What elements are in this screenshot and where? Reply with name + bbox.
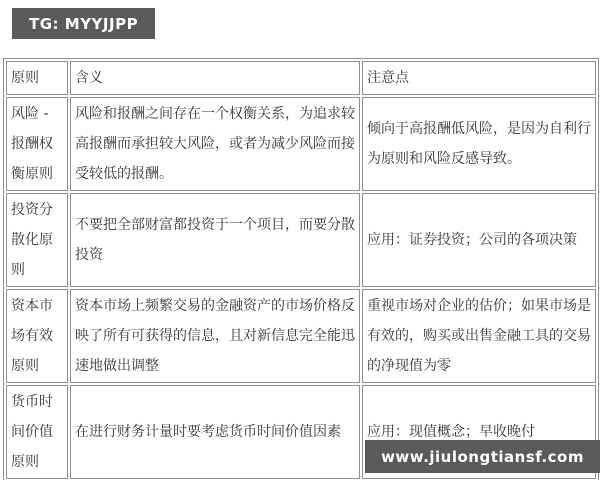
cell-principle: 投资分散化原则 [6,193,68,287]
cell-meaning: 风险和报酬之间存在一个权衡关系，为追求较高报酬而承担较大风险，或者为减少风险而接… [70,97,360,191]
cell-principle: 资本市场有效原则 [6,289,68,383]
table-header-row: 原则 含义 注意点 [6,61,596,95]
page: TG: MYYJJPP 原则 含义 注意点 风险 - 报酬权衡原则 风险和报酬之… [0,0,600,480]
header-cell-note: 注意点 [362,61,596,95]
header-cell-meaning: 含义 [70,61,360,95]
table-row: 风险 - 报酬权衡原则 风险和报酬之间存在一个权衡关系，为追求较高报酬而承担较大… [6,97,596,191]
cell-principle: 风险 - 报酬权衡原则 [6,97,68,191]
website-watermark-badge: www.jiulongtiansf.com [365,440,600,473]
cell-note: 倾向于高报酬低风险，是因为自利行为原则和风险反感导致。 [362,97,596,191]
cell-note: 重视市场对企业的估价；如果市场是有效的，购买或出售金融工具的交易的净现值为零 [362,289,596,383]
table-row: 投资分散化原则 不要把全部财富都投资于一个项目，而要分散投资 应用：证券投资；公… [6,193,596,287]
table-row: 资本市场有效原则 资本市场上频繁交易的金融资产的市场价格反映了所有可获得的信息，… [6,289,596,383]
cell-meaning: 资本市场上频繁交易的金融资产的市场价格反映了所有可获得的信息，且对新信息完全能迅… [70,289,360,383]
cell-note: 应用：证券投资；公司的各项决策 [362,193,596,287]
header-cell-principle: 原则 [6,61,68,95]
telegram-watermark-badge: TG: MYYJJPP [12,8,155,39]
cell-meaning: 在进行财务计量时要考虑货币时间价值因素 [70,385,360,479]
cell-meaning: 不要把全部财富都投资于一个项目，而要分散投资 [70,193,360,287]
cell-principle: 货币时间价值原则 [6,385,68,479]
principles-table: 原则 含义 注意点 风险 - 报酬权衡原则 风险和报酬之间存在一个权衡关系，为追… [3,58,599,480]
